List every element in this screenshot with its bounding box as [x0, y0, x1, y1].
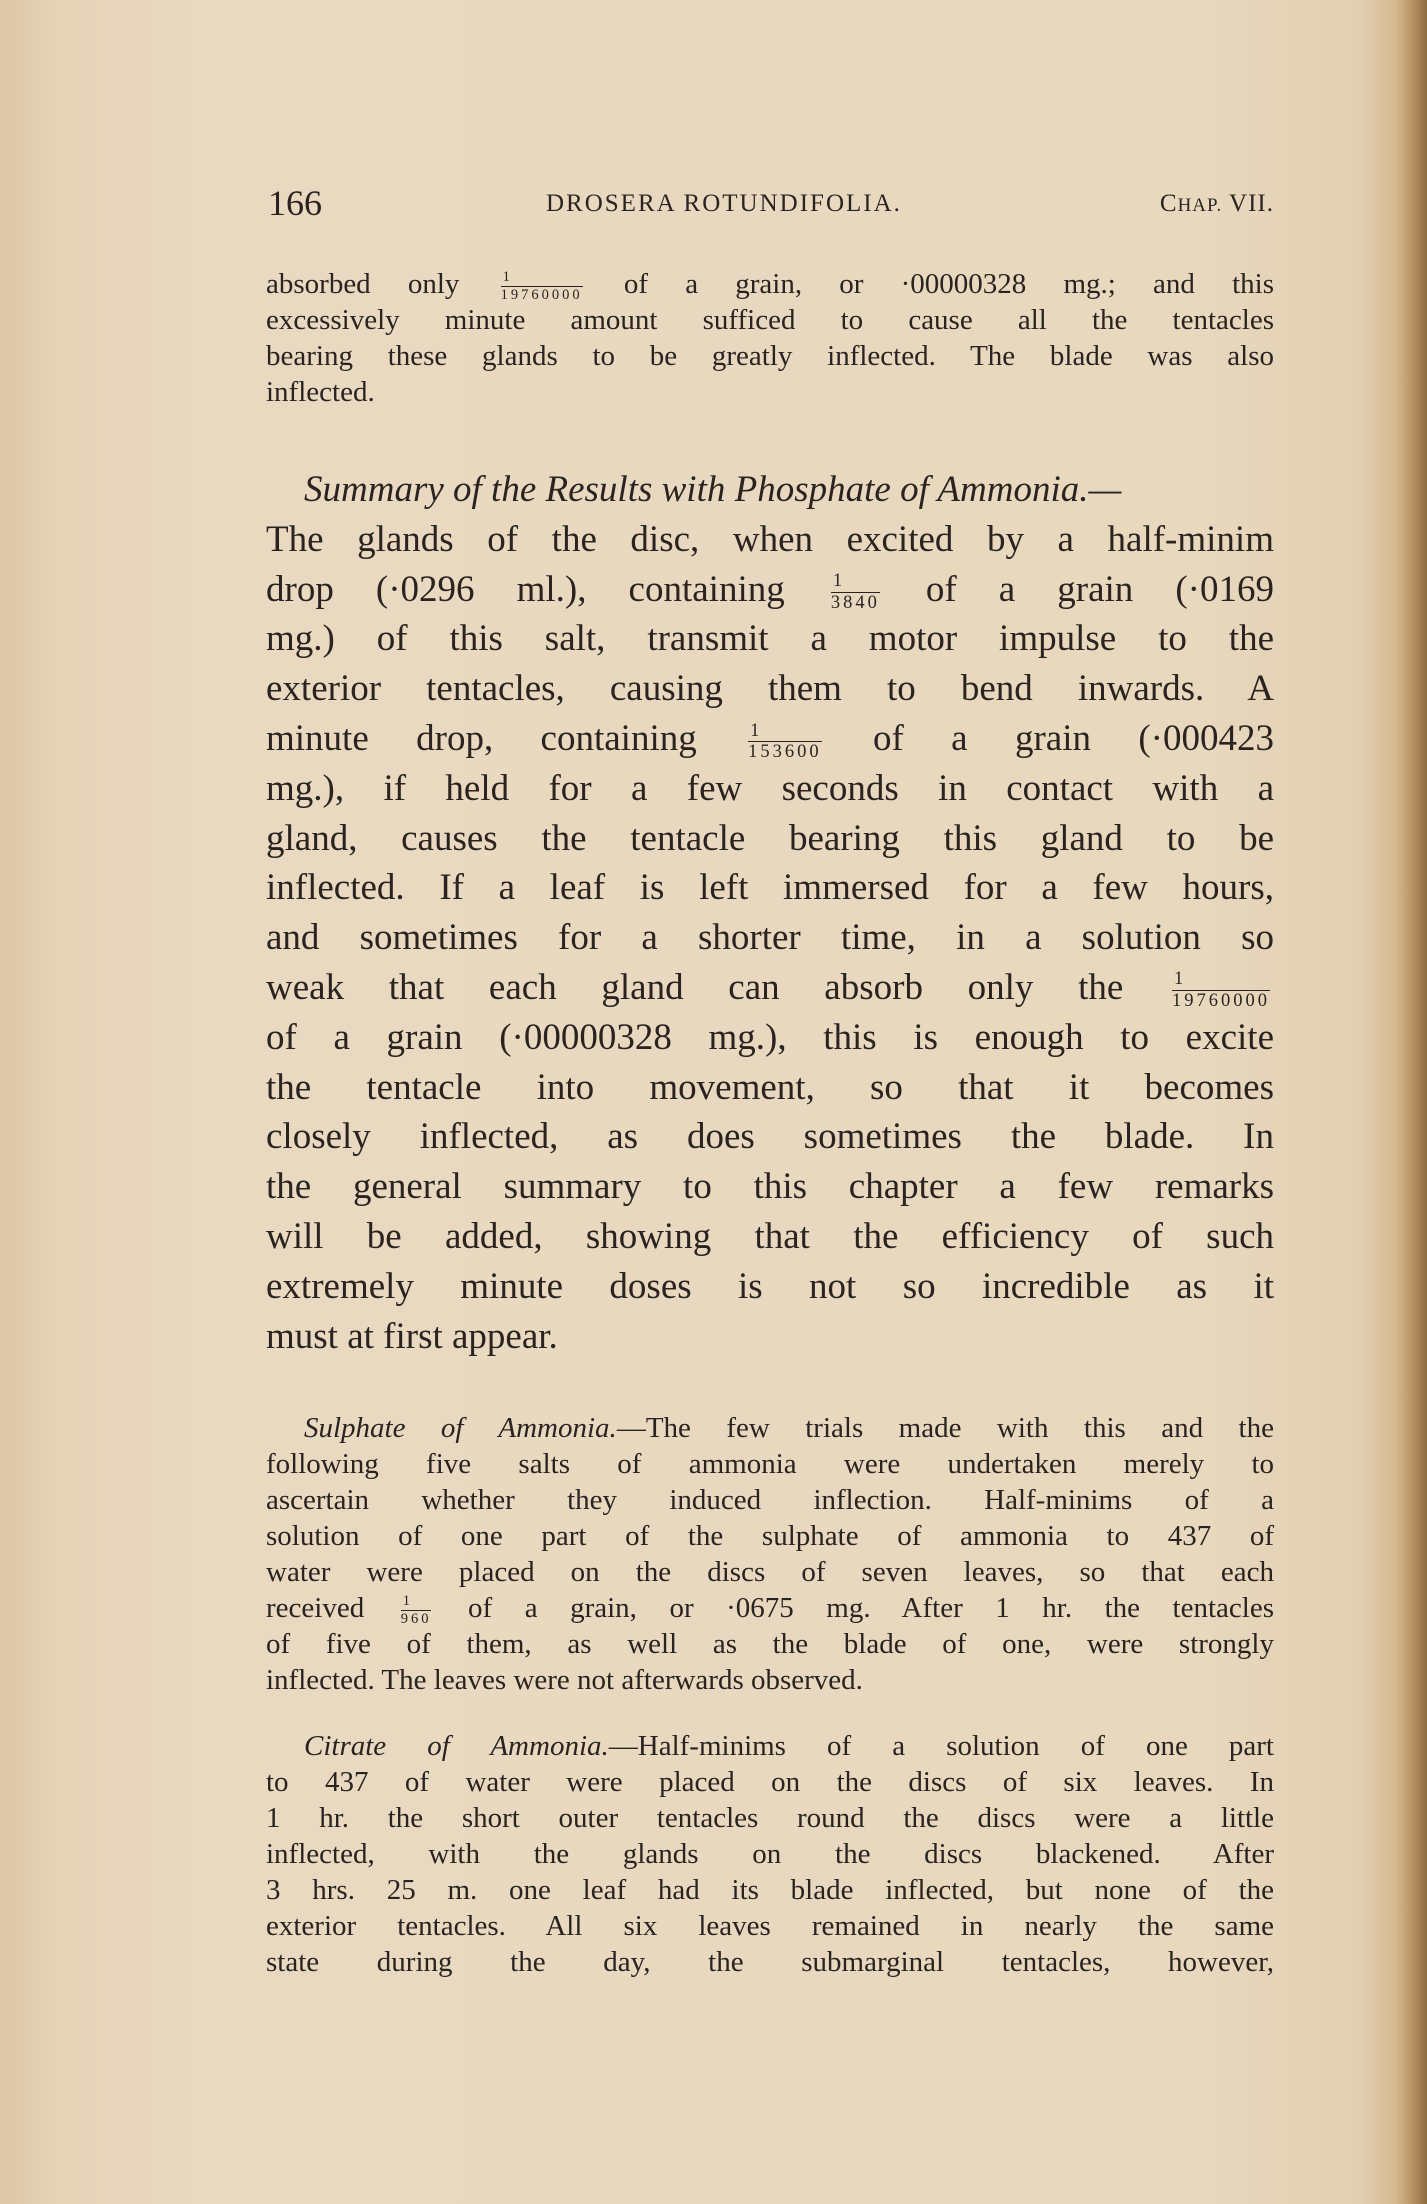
fraction: 119760000 — [1172, 970, 1270, 1010]
text-line: inflected. If a leaf is left immersed fo… — [266, 863, 1274, 913]
paragraph-continuation: absorbed only 119760000 of a grain, or ·… — [266, 266, 1274, 410]
page-number: 166 — [268, 182, 322, 224]
text-line: ascertain whether they induced inflectio… — [266, 1482, 1274, 1518]
citrate-paragraph: Citrate of Ammonia.—Half-minims of a sol… — [266, 1728, 1274, 1980]
chapter-number: VII. — [1229, 190, 1274, 217]
text-line: of five of them, as well as the blade of… — [266, 1626, 1274, 1662]
text-line: bearing these glands to be greatly infle… — [266, 338, 1274, 374]
text-line: inflected. — [266, 374, 1274, 410]
text-line: to 437 of water were placed on the discs… — [266, 1764, 1274, 1800]
sulphate-paragraph: Sulphate of Ammonia.—The few trials made… — [266, 1410, 1274, 1698]
chapter-prefix: C — [1160, 190, 1178, 217]
text-line: the general summary to this chapter a fe… — [266, 1162, 1274, 1212]
text-line: minute drop, containing 1153600 of a gra… — [266, 714, 1274, 764]
fraction: 1960 — [401, 1594, 432, 1626]
section-heading: Summary of the Results with Phosphate of… — [266, 465, 1274, 515]
text-line: water were placed on the discs of seven … — [266, 1554, 1274, 1590]
text-line: will be added, showing that the efficien… — [266, 1212, 1274, 1262]
text-line: of a grain (·00000328 mg.), this is enou… — [266, 1013, 1274, 1063]
text-line: 1 hr. the short outer tentacles round th… — [266, 1800, 1274, 1836]
chapter-smallcaps: HAP. — [1178, 195, 1223, 216]
text-line: Sulphate of Ammonia.—The few trials made… — [266, 1410, 1274, 1446]
text-line: and sometimes for a shorter time, in a s… — [266, 913, 1274, 963]
text-line: the tentacle into movement, so that it b… — [266, 1063, 1274, 1113]
fraction: 1153600 — [748, 722, 822, 762]
fraction: 119760000 — [501, 270, 583, 302]
text-line: closely inflected, as does sometimes the… — [266, 1112, 1274, 1162]
text-line: received 1960 of a grain, or ·0675 mg. A… — [266, 1590, 1274, 1626]
text-line: extremely minute doses is not so incredi… — [266, 1262, 1274, 1312]
text-line: absorbed only 119760000 of a grain, or ·… — [266, 266, 1274, 302]
fraction: 13840 — [831, 572, 880, 612]
text-line: exterior tentacles, causing them to bend… — [266, 664, 1274, 714]
page-header: 166 DROSERA ROTUNDIFOLIA. CHAP. VII. — [268, 182, 1274, 232]
text-line: inflected, with the glands on the discs … — [266, 1836, 1274, 1872]
text-line: mg.) of this salt, transmit a motor impu… — [266, 614, 1274, 664]
text-line: must at first appear. — [266, 1312, 1274, 1362]
book-page: 166 DROSERA ROTUNDIFOLIA. CHAP. VII. abs… — [0, 0, 1427, 2204]
text-line: excessively minute amount sufficed to ca… — [266, 302, 1274, 338]
paragraph-title: Sulphate of Ammonia. — [304, 1412, 617, 1444]
text-line: inflected. The leaves were not afterward… — [266, 1662, 1274, 1698]
paragraph-title: Citrate of Ammonia. — [304, 1730, 609, 1762]
text-line: following five salts of ammonia were und… — [266, 1446, 1274, 1482]
text-line: 3 hrs. 25 m. one leaf had its blade infl… — [266, 1872, 1274, 1908]
chapter-label: CHAP. VII. — [1160, 190, 1274, 218]
text-line: weak that each gland can absorb only the… — [266, 963, 1274, 1013]
running-title: DROSERA ROTUNDIFOLIA. — [546, 190, 902, 218]
text-line: state during the day, the submarginal te… — [266, 1944, 1274, 1980]
text-line: exterior tentacles. All six leaves remai… — [266, 1908, 1274, 1944]
text-line: drop (·0296 ml.), containing 13840 of a … — [266, 565, 1274, 615]
text-line: Citrate of Ammonia.—Half-minims of a sol… — [266, 1728, 1274, 1764]
text-line: mg.), if held for a few seconds in conta… — [266, 764, 1274, 814]
summary-section: Summary of the Results with Phosphate of… — [266, 465, 1274, 1361]
text-line: solution of one part of the sulphate of … — [266, 1518, 1274, 1554]
text-line: The glands of the disc, when excited by … — [266, 515, 1274, 565]
text-line: gland, causes the tentacle bearing this … — [266, 814, 1274, 864]
